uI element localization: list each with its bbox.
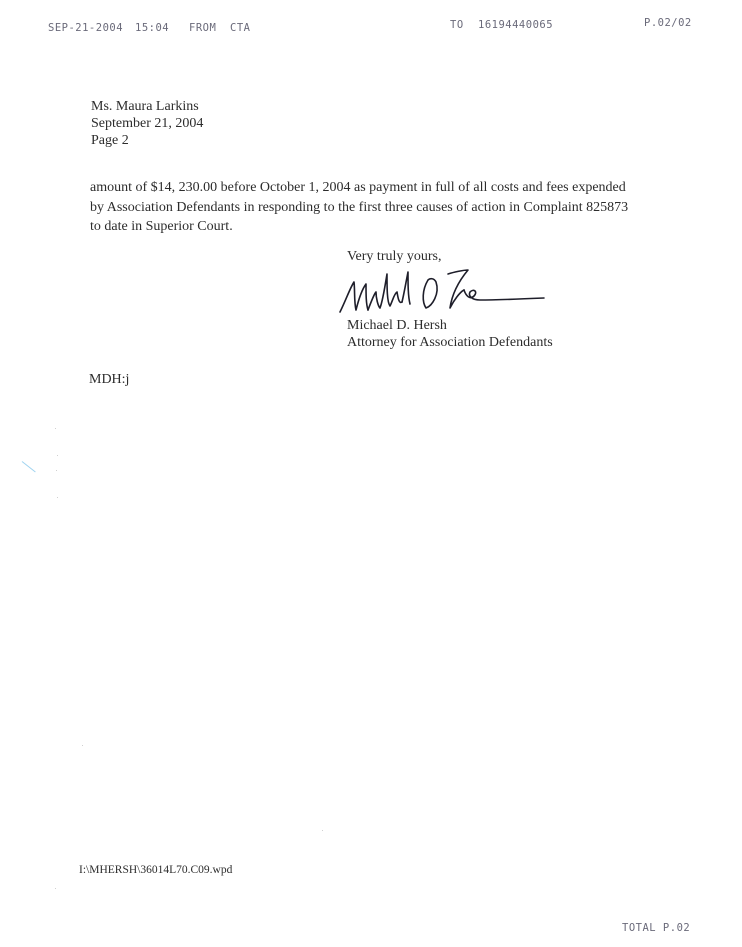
fax-date: SEP-21-2004 <box>48 22 123 34</box>
body-line: to date in Superior Court. <box>90 217 628 237</box>
signer-name: Michael D. Hersh <box>347 317 553 334</box>
body-line: by Association Defendants in responding … <box>90 198 628 218</box>
scan-speck <box>322 830 323 831</box>
fax-to-label: TO <box>450 19 464 31</box>
signer-title: Attorney for Association Defendants <box>347 334 553 351</box>
scan-speck <box>56 470 57 471</box>
document-file-path: I:\MHERSH\36014L70.C09.wpd <box>79 862 232 879</box>
fax-to-value: 16194440065 <box>478 19 553 31</box>
fax-from-value: CTA <box>230 22 250 34</box>
signature-icon <box>336 266 551 318</box>
typist-initials: MDH:j <box>89 371 129 388</box>
scan-artifact-mark <box>22 461 36 472</box>
letter-date: September 21, 2004 <box>91 115 203 132</box>
fax-time: 15:04 <box>135 22 169 34</box>
scan-speck <box>55 888 56 889</box>
body-paragraph: amount of $14, 230.00 before October 1, … <box>90 178 628 237</box>
fax-total-pages: TOTAL P.02 <box>622 922 690 934</box>
scan-speck <box>82 745 83 746</box>
fax-from-label: FROM <box>189 22 216 34</box>
scan-speck <box>57 497 58 498</box>
letter-page: Page 2 <box>91 132 203 149</box>
scan-speck <box>57 455 58 456</box>
recipient-name: Ms. Maura Larkins <box>91 98 203 115</box>
fax-page-number: P.02/02 <box>644 17 692 29</box>
signer-block: Michael D. Hersh Attorney for Associatio… <box>347 317 553 351</box>
body-line: amount of $14, 230.00 before October 1, … <box>90 178 628 198</box>
scan-speck <box>55 428 56 429</box>
letter-header: Ms. Maura Larkins September 21, 2004 Pag… <box>91 98 203 149</box>
closing-salutation: Very truly yours, <box>347 248 442 265</box>
